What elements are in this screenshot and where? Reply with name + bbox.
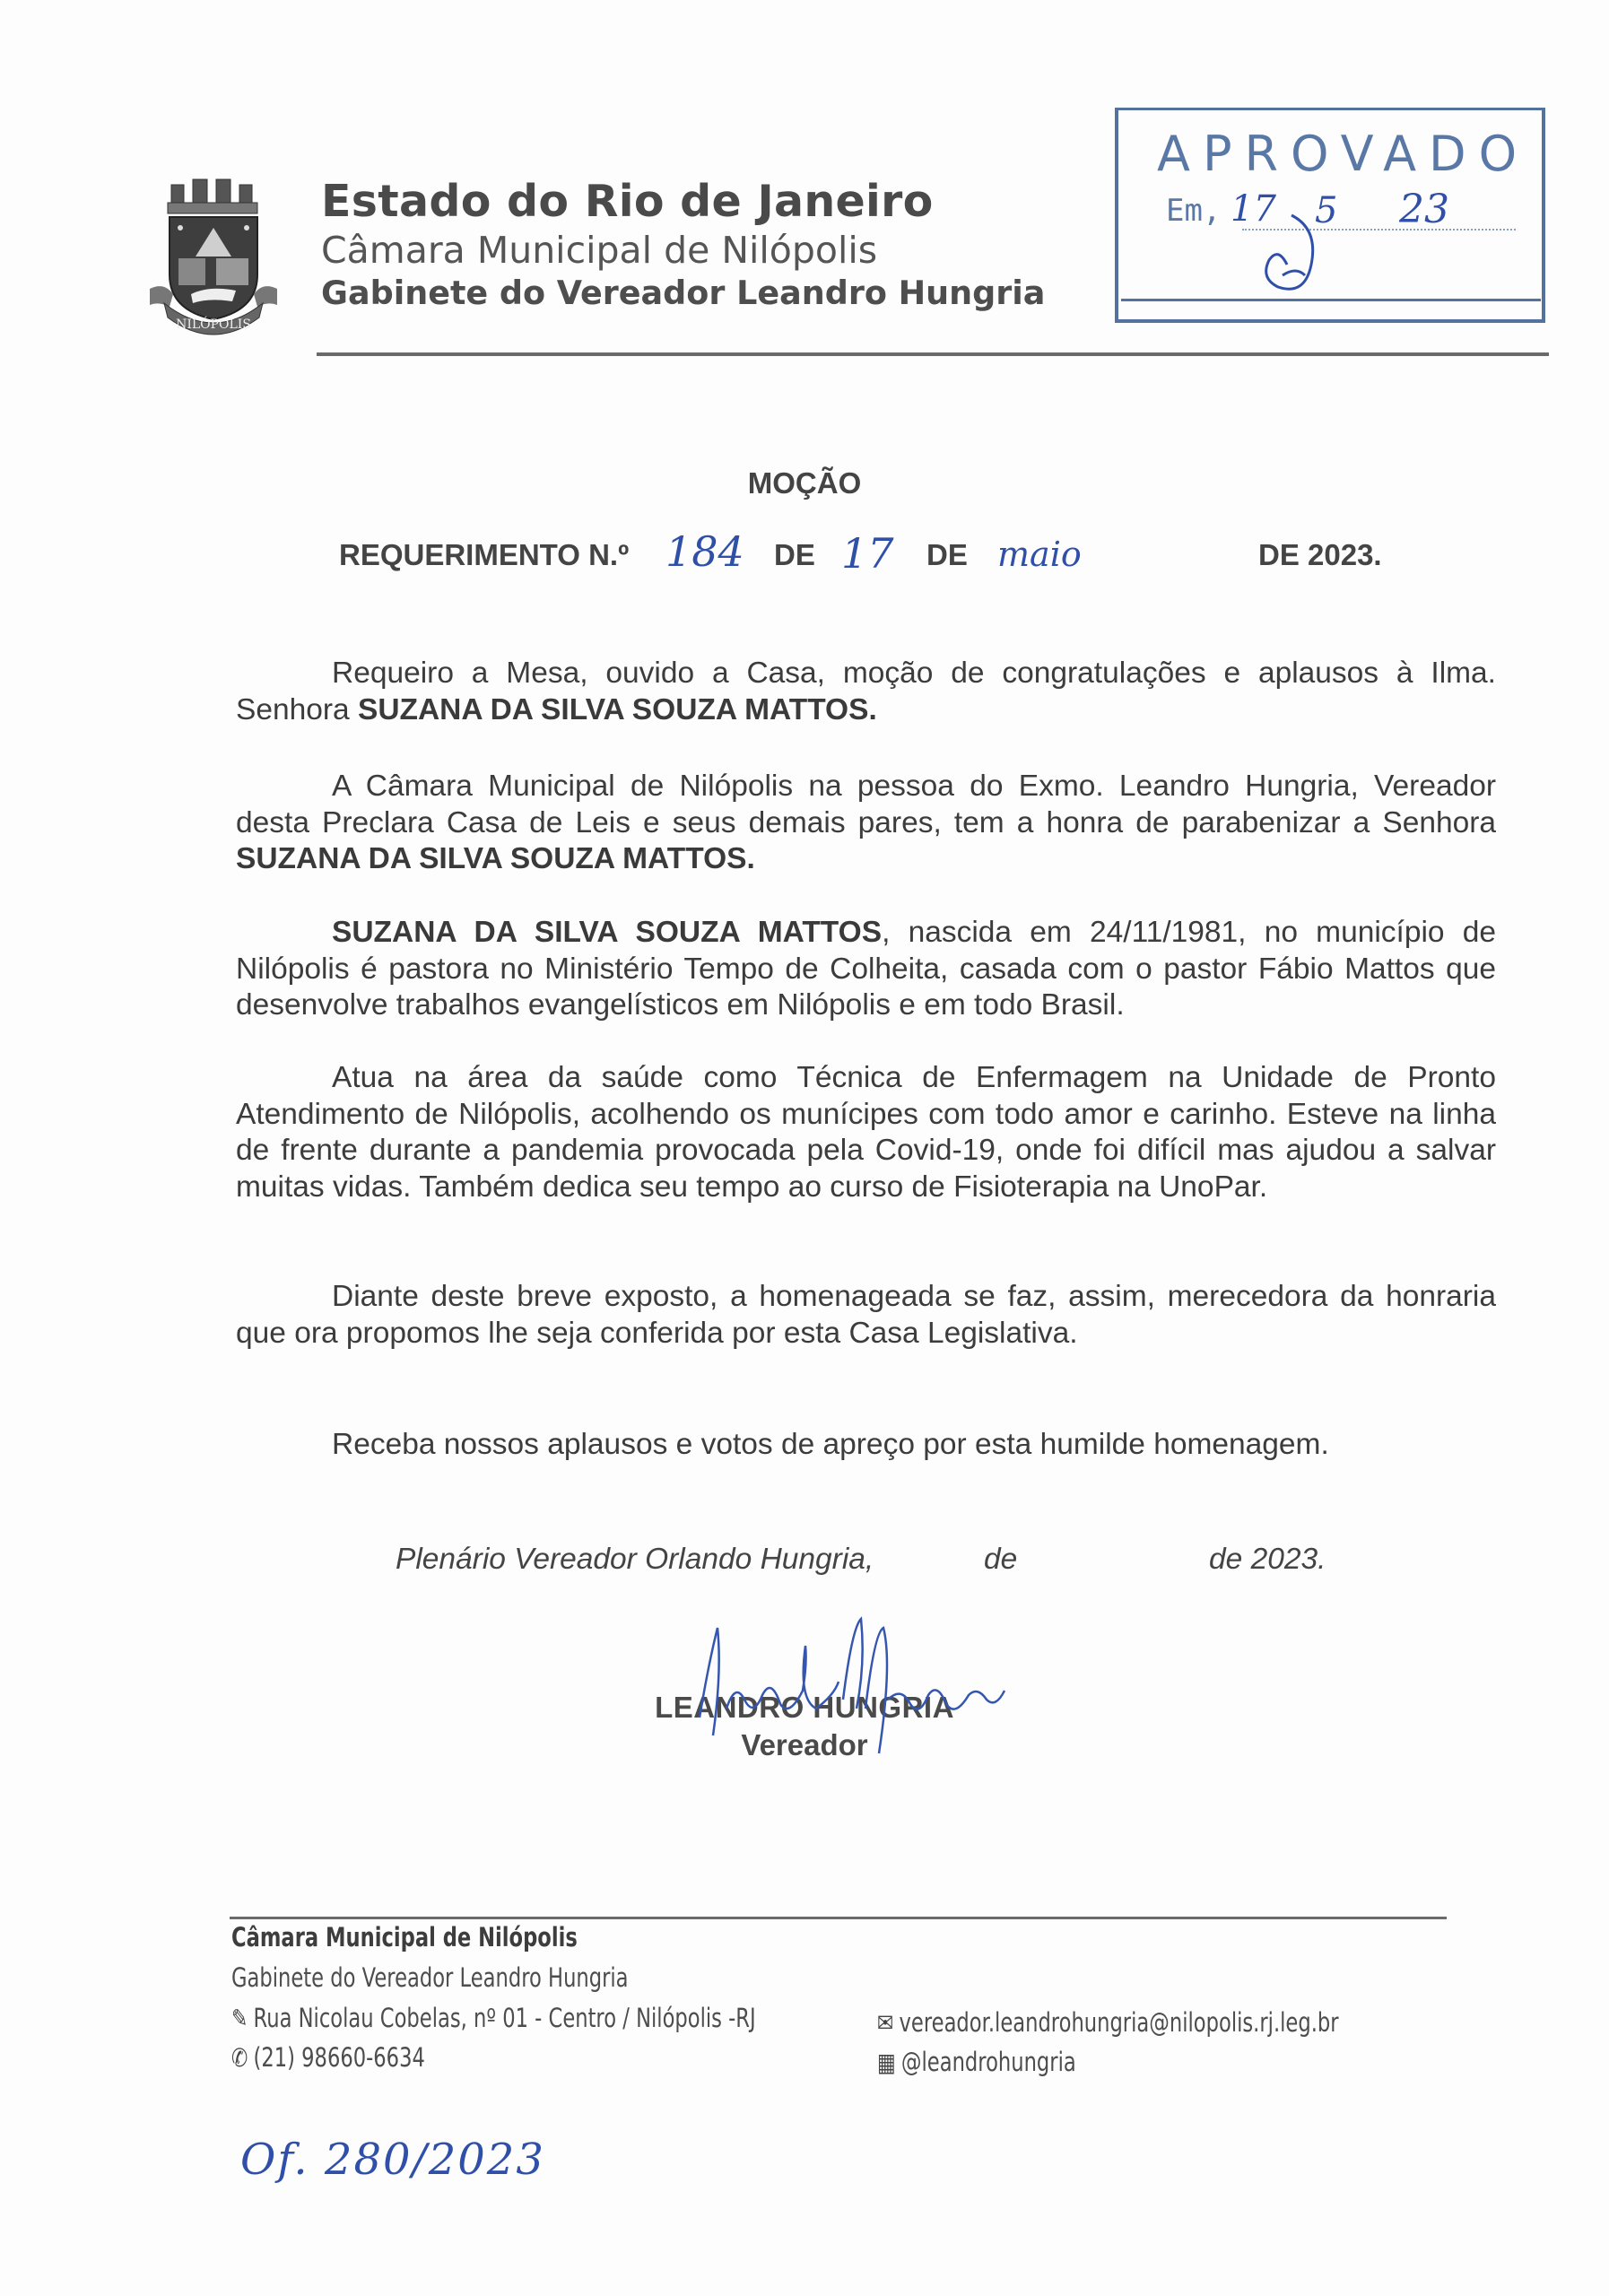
mobile-icon: ▦ bbox=[877, 2048, 896, 2077]
municipal-crest-icon: NILÓPOLIS bbox=[146, 176, 281, 337]
requerimento-number-handwritten: 184 bbox=[665, 527, 744, 576]
letterhead-office: Gabinete do Vereador Leandro Hungria bbox=[321, 274, 1045, 312]
footer-org: Câmara Municipal de Nilópolis bbox=[231, 1922, 578, 1952]
stamp-year-handwritten: 23 bbox=[1399, 187, 1449, 232]
letterhead-divider bbox=[317, 352, 1549, 356]
handwritten-protocol-number: Of. 280/2023 bbox=[240, 2135, 545, 2185]
footer-email: ✉vereador.leandrohungria@nilopolis.rj.le… bbox=[877, 2007, 1339, 2038]
closing-de: de bbox=[984, 1543, 1017, 1577]
body-paragraph-4: Atua na área da saúde como Técnica de En… bbox=[236, 1060, 1496, 1205]
svg-text:NILÓPOLIS: NILÓPOLIS bbox=[176, 316, 251, 332]
requerimento-month-handwritten: maio bbox=[997, 535, 1082, 574]
pushpin-icon: ✎ bbox=[231, 2004, 248, 2033]
phone-icon: ✆ bbox=[231, 2043, 248, 2073]
requerimento-year: DE 2023. bbox=[1258, 538, 1382, 572]
stamp-initials-icon bbox=[1256, 211, 1336, 300]
requerimento-de-label-2: DE bbox=[926, 538, 968, 572]
body-paragraph-5: Diante deste breve exposto, a homenagead… bbox=[236, 1279, 1496, 1352]
requerimento-label: REQUERIMENTO N.º bbox=[339, 538, 629, 572]
requerimento-de-label: DE bbox=[774, 538, 815, 572]
body-paragraph-2: A Câmara Municipal de Nilópolis na pesso… bbox=[236, 769, 1496, 878]
body-paragraph-3: SUZANA DA SILVA SOUZA MATTOS, nascida em… bbox=[236, 915, 1496, 1024]
footer-phone: ✆(21) 98660-6634 bbox=[231, 2042, 425, 2073]
requerimento-day-handwritten: 17 bbox=[841, 529, 894, 578]
letterhead-chamber: Câmara Municipal de Nilópolis bbox=[321, 229, 877, 272]
stamp-title: APROVADO bbox=[1157, 126, 1529, 182]
envelope-icon: ✉ bbox=[877, 2008, 893, 2038]
handwritten-signature-icon bbox=[682, 1610, 1022, 1758]
footer-office: Gabinete do Vereador Leandro Hungria bbox=[231, 1962, 629, 1993]
stamp-date-label: Em, bbox=[1166, 193, 1221, 229]
closing-place: Plenário Vereador Orlando Hungria, bbox=[396, 1543, 874, 1577]
letterhead-state: Estado do Rio de Janeiro bbox=[321, 176, 934, 227]
body-paragraph-1: Requeiro a Mesa, ouvido a Casa, moção de… bbox=[236, 656, 1496, 728]
body-paragraph-6: Receba nossos aplausos e votos de apreço… bbox=[236, 1427, 1496, 1464]
document-type: MOÇÃO bbox=[0, 466, 1609, 500]
footer-social: ▦@leandrohungria bbox=[877, 2047, 1076, 2077]
closing-year: de 2023. bbox=[1209, 1543, 1326, 1577]
footer-divider bbox=[230, 1917, 1447, 1919]
footer-address: ✎Rua Nicolau Cobelas, nº 01 - Centro / N… bbox=[231, 2003, 756, 2033]
